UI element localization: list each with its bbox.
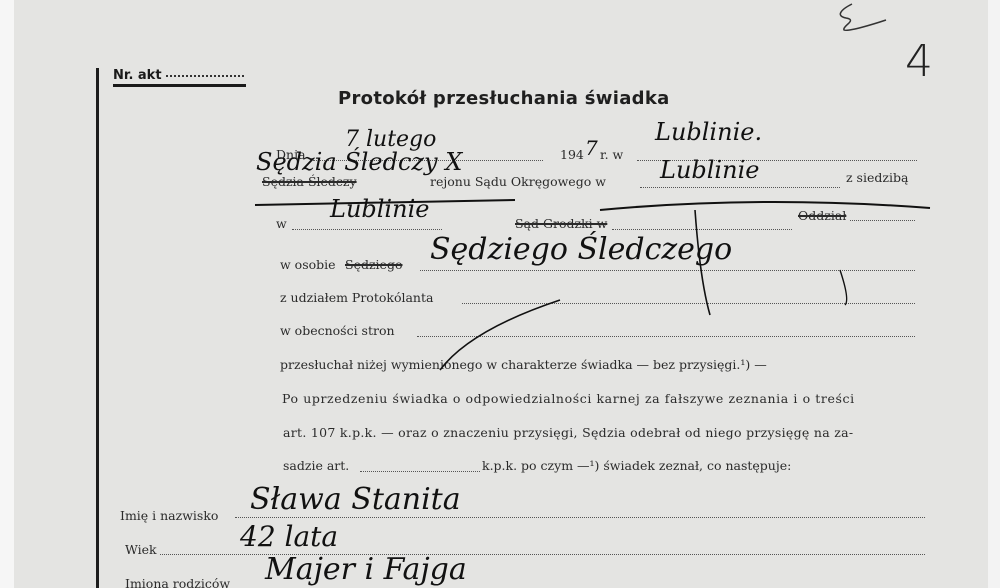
person-label: w osobie <box>280 257 336 272</box>
division-label: Oddział <box>798 208 846 223</box>
article-line <box>360 471 480 472</box>
parents-label: Imiona rodziców <box>125 576 230 588</box>
parents-value: Majer i Fajga <box>265 552 467 587</box>
warning-text: Po uprzedzeniu świadka o odpowiedzialnoś… <box>282 391 855 406</box>
age-value: 42 lata <box>240 520 338 553</box>
name-value: Sława Stanita <box>250 482 461 517</box>
case-number-dots <box>166 75 244 77</box>
year-prefix: 194 <box>560 147 584 162</box>
name-label: Imię i nazwisko <box>120 508 218 523</box>
article-suffix: k.p.k. po czym —¹) świadek zeznał, co na… <box>482 458 791 473</box>
division-line <box>850 220 915 221</box>
page-mark: 4 <box>905 36 933 87</box>
district-text: rejonu Sądu Okręgowego w <box>430 174 606 189</box>
place-value: Lublinie. <box>655 118 762 146</box>
case-number-label: Nr. akt <box>113 68 162 83</box>
court-label: Sąd Grodzki w <box>515 216 607 231</box>
examined-text: przesłuchał niżej wymienionego w charakt… <box>280 357 767 372</box>
scan-right-edge <box>988 0 1000 588</box>
oath-text: art. 107 k.p.k. — oraz o znaczeniu przys… <box>283 425 853 440</box>
judge-value: Sędzia Śledczy X <box>256 148 462 176</box>
age-label: Wiek <box>125 542 157 557</box>
year-value: 7 <box>585 136 598 160</box>
person-struck: Sędziego <box>345 257 402 272</box>
w-value: Lublinie <box>330 195 429 223</box>
year-suffix: r. w <box>600 147 623 162</box>
person-value: Sędziego Śledczego <box>430 232 732 267</box>
parties-label: w obecności stron <box>280 323 395 338</box>
court-line <box>612 229 792 230</box>
article-prefix: sadzie art. <box>283 458 349 473</box>
name-line <box>235 517 925 518</box>
margin-rule <box>96 68 99 588</box>
case-number-field: Nr. akt <box>113 68 244 83</box>
document-title: Protokół przesłuchania świadka <box>338 88 670 109</box>
scan-left-edge <box>0 0 14 588</box>
judge-label: Sędzia Śledczy <box>262 174 357 189</box>
clerk-line <box>462 303 915 304</box>
district-value: Lublinie <box>660 156 759 184</box>
seat-label: z siedzibą <box>846 170 908 185</box>
case-number-underline <box>113 84 246 87</box>
w-line <box>292 229 442 230</box>
parties-line <box>417 336 915 337</box>
w-label: w <box>276 216 287 231</box>
corner-scribble-icon <box>834 0 894 40</box>
district-line <box>640 187 840 188</box>
person-line <box>420 270 915 271</box>
clerk-label: z udziałem Protokólanta <box>280 290 433 305</box>
